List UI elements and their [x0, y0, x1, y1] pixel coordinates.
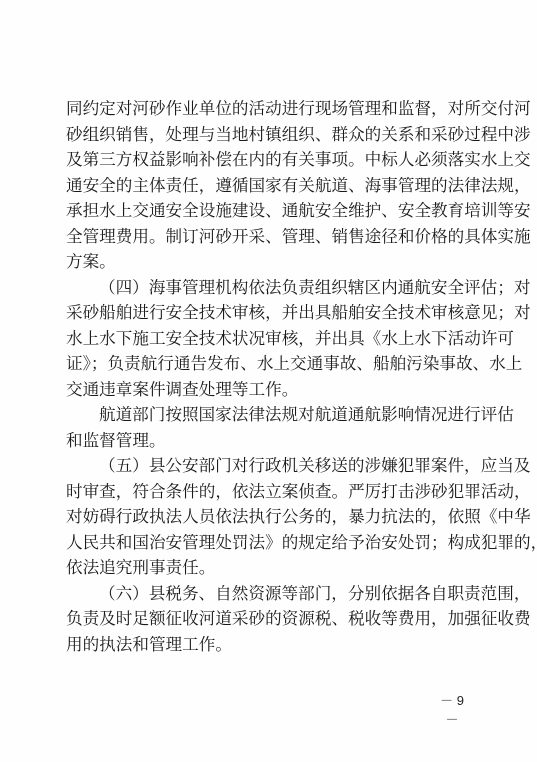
text-line: 人民共和国治安管理处罚法》的规定给予治安处罚；构成犯罪的， [66, 530, 472, 556]
page-number: － 9 － [432, 690, 472, 728]
text-line: 方案。 [66, 249, 472, 275]
text-line: 同约定对河砂作业单位的活动进行现场管理和监督，对所交付河 [66, 96, 472, 122]
text-line: 和监督管理。 [66, 428, 472, 454]
text-line: 对妨碍行政执法人员依法执行公务的，暴力抗法的，依照《中华 [66, 504, 472, 530]
text-line: 通安全的主体责任，遵循国家有关航道、海事管理的法律法规， [66, 173, 472, 199]
text-line: 采砂船舶进行安全技术审核，并出具船舶安全技术审核意见；对 [66, 300, 472, 326]
text-line: （六）县税务、自然资源等部门，分别依据各自职责范围， [66, 581, 472, 607]
text-line: 负责及时足额征收河道采砂的资源税、税收等费用，加强征收费 [66, 606, 472, 632]
text-line: 证》；负责航行通告发布、水上交通事故、船舶污染事故、水上 [66, 351, 472, 377]
text-line: 及第三方权益影响补偿在内的有关事项。中标人必须落实水上交 [66, 147, 472, 173]
text-line: 承担水上交通安全设施建设、通航安全维护、安全教育培训等安 [66, 198, 472, 224]
text-line: 砂组织销售，处理与当地村镇组织、群众的关系和采砂过程中涉 [66, 122, 472, 148]
body-text: 同约定对河砂作业单位的活动进行现场管理和监督，对所交付河砂组织销售，处理与当地村… [66, 96, 472, 657]
text-line: 交通违章案件调查处理等工作。 [66, 377, 472, 403]
text-line: 时审查，符合条件的，依法立案侦查。严厉打击涉砂犯罪活动， [66, 479, 472, 505]
text-line: 用的执法和管理工作。 [66, 632, 472, 658]
document-page: 同约定对河砂作业单位的活动进行现场管理和监督，对所交付河砂组织销售，处理与当地村… [0, 0, 537, 762]
text-line: 水上水下施工安全技术状况审核，并出具《水上水下活动许可 [66, 326, 472, 352]
text-line: 依法追究刑事责任。 [66, 555, 472, 581]
text-line: （五）县公安部门对行政机关移送的涉嫌犯罪案件，应当及 [66, 453, 472, 479]
text-line: 全管理费用。制订河砂开采、管理、销售途径和价格的具体实施 [66, 224, 472, 250]
text-line: （四）海事管理机构依法负责组织辖区内通航安全评估；对 [66, 275, 472, 301]
text-line: 航道部门按照国家法律法规对航道通航影响情况进行评估 [66, 402, 472, 428]
